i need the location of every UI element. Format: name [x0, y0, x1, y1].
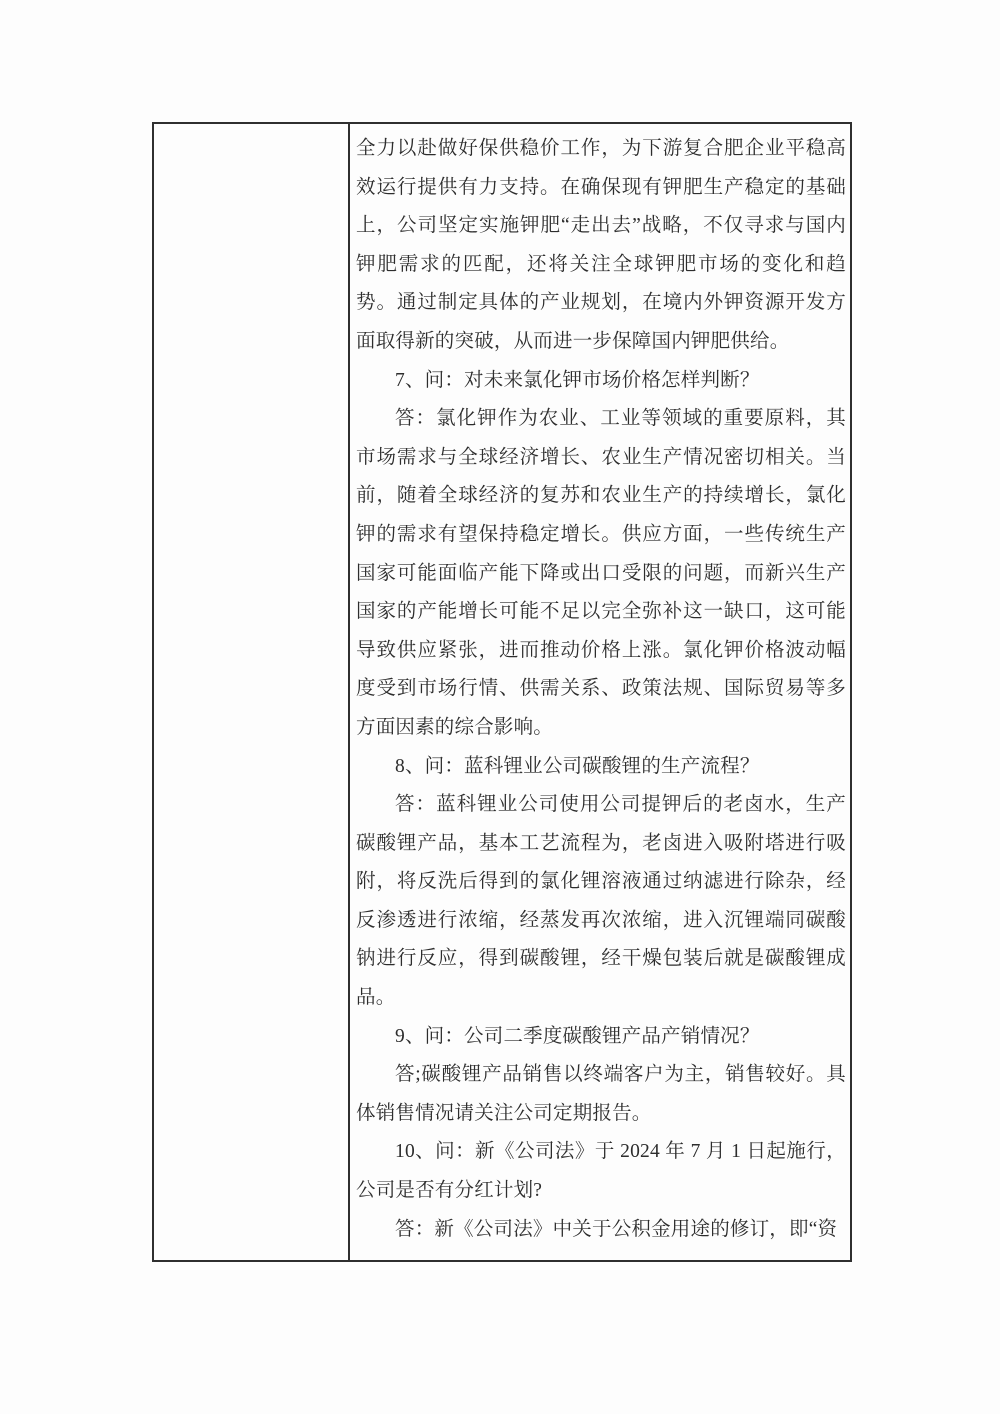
paragraph-1: 7、问：对未来氯化钾市场价格怎样判断？ — [356, 362, 846, 401]
paragraph-5: 9、问：公司二季度碳酸锂产品产销情况？ — [356, 1018, 846, 1057]
document-page: 全力以赴做好保供稳价工作，为下游复合肥企业平稳高效运行提供有力支持。在确保现有钾… — [0, 0, 1000, 1414]
paragraph-3: 8、问：蓝科锂业公司碳酸锂的生产流程？ — [356, 748, 846, 787]
paragraph-0: 全力以赴做好保供稳价工作，为下游复合肥企业平稳高效运行提供有力支持。在确保现有钾… — [356, 130, 846, 362]
qa-record-table: 全力以赴做好保供稳价工作，为下游复合肥企业平稳高效运行提供有力支持。在确保现有钾… — [152, 122, 852, 1262]
qa-text-cell: 全力以赴做好保供稳价工作，为下游复合肥企业平稳高效运行提供有力支持。在确保现有钾… — [350, 124, 850, 1260]
paragraph-7: 10、问：新《公司法》于 2024 年 7 月 1 日起施行，公司是否有分红计划… — [356, 1133, 846, 1210]
paragraph-4: 答：蓝科锂业公司使用公司提钾后的老卤水，生产碳酸锂产品，基本工艺流程为，老卤进入… — [356, 786, 846, 1018]
paragraph-6: 答;碳酸锂产品销售以终端客户为主，销售较好。具体销售情况请关注公司定期报告。 — [356, 1056, 846, 1133]
paragraph-2: 答：氯化钾作为农业、工业等领域的重要原料，其市场需求与全球经济增长、农业生产情况… — [356, 400, 846, 747]
table-left-cell-empty — [154, 124, 350, 1260]
paragraph-8: 答：新《公司法》中关于公积金用途的修订，即“资 — [356, 1211, 846, 1250]
